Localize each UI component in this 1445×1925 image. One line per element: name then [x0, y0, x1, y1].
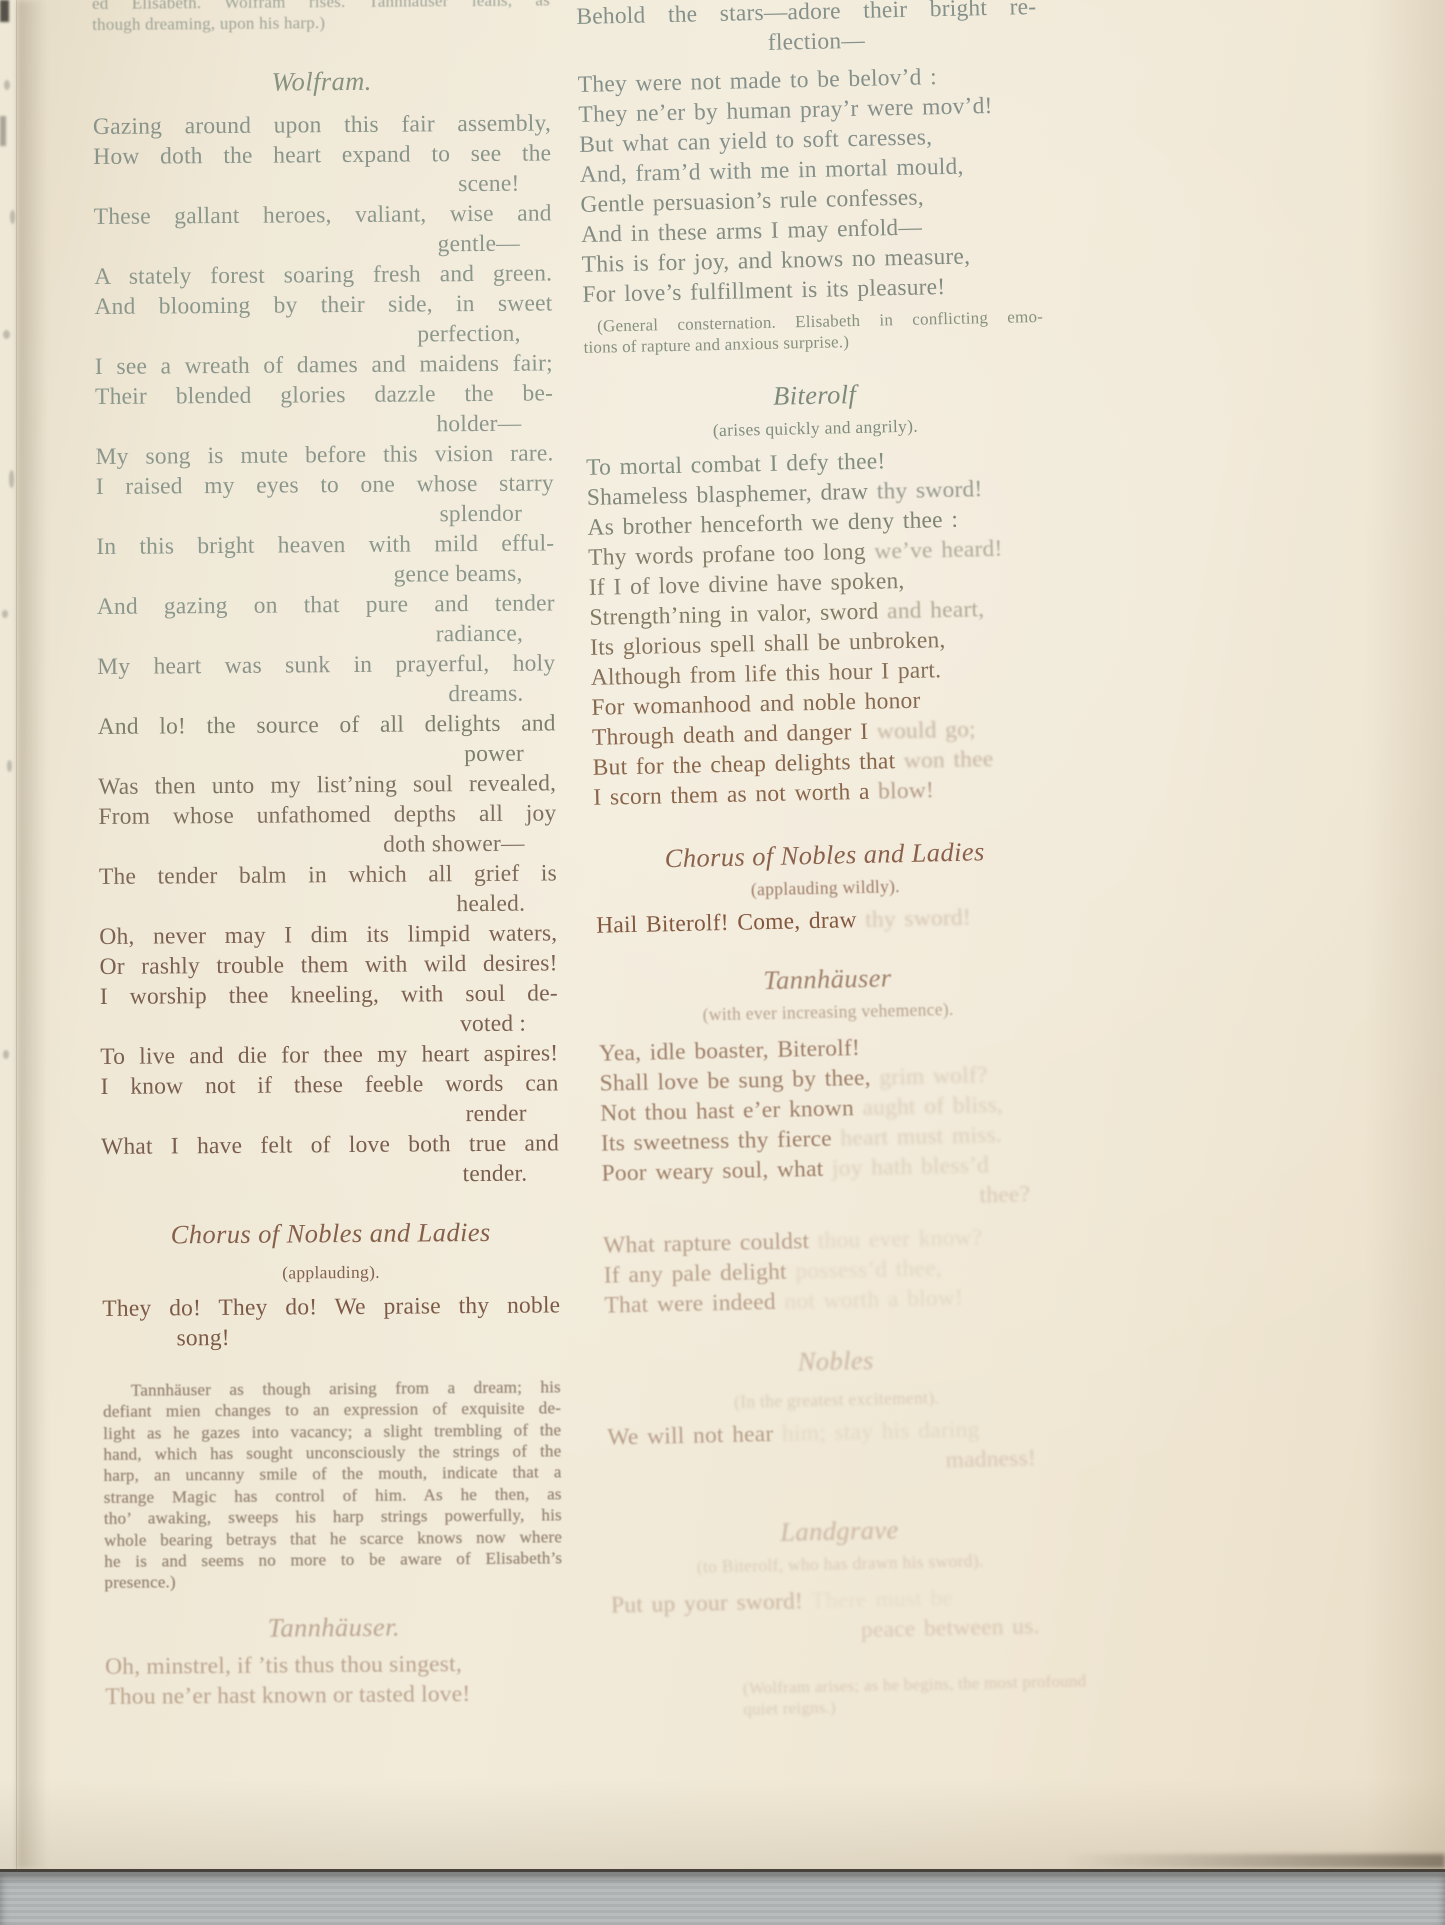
book-page: ed Elisabeth. Wolfram rises. Tannhäuser …: [0, 0, 1445, 1872]
verse-line: In this bright heaven with mild efful-: [96, 528, 554, 562]
print-showthrough-speck: [2, 610, 8, 618]
previous-page-edge: [0, 0, 17, 1869]
speaker-heading: Nobles: [605, 1338, 1066, 1382]
verse-line: gentle—: [94, 228, 552, 262]
gutter-crease-shadow: [17, 0, 47, 1869]
faded-ink-text: we’ve heard!: [874, 536, 1003, 565]
speaker-heading: Biterolf: [584, 373, 1045, 417]
print-showthrough-speck: [3, 330, 10, 339]
verse-line: doth shower—: [99, 828, 557, 862]
faded-ink-text: blow!: [878, 777, 934, 804]
verse-line: scene!: [93, 168, 551, 202]
stage-direction-paragraph: Tannhäuser as though arising from a drea…: [103, 1376, 563, 1593]
stage-direction: (applauding).: [102, 1258, 560, 1286]
table-surface: [0, 1872, 1445, 1925]
verse-line: dreams.: [97, 678, 555, 712]
stage-direction: (In the greatest excitement).: [606, 1382, 1066, 1416]
verse-line: holder—: [95, 408, 553, 442]
verse-line: gence beams,: [96, 558, 554, 592]
print-showthrough-speck: [7, 760, 12, 772]
faded-ink-text: and heart,: [887, 596, 985, 624]
verse-block: Put up your sword! There must bepeace be…: [611, 1580, 1072, 1650]
faded-ink-text: There must be: [811, 1585, 954, 1614]
verse-line: Oh, minstrel, if ’tis thus thou singest,: [105, 1648, 563, 1682]
verse-line: power: [98, 738, 556, 772]
verse-line: I see a wreath of dames and maidens fair…: [95, 348, 553, 382]
verse-block: We will not hear him; stay his daringmad…: [607, 1412, 1068, 1482]
verse-block: They do! They do! We praise thy nobleson…: [102, 1290, 560, 1354]
verse-line: My heart was sunk in prayerful, holy: [97, 648, 555, 682]
verse-line: voted :: [100, 1008, 558, 1042]
verse-line: They do! They do! We praise thy noble: [102, 1290, 560, 1324]
verse-line: To live and die for thee my heart aspire…: [100, 1038, 558, 1072]
faded-ink-text: thy sword!: [865, 904, 971, 932]
stage-direction-paragraph: ed Elisabeth. Wolfram rises. Tannhäuser …: [92, 0, 550, 36]
print-showthrough-speck: [4, 80, 10, 90]
verse-line: And lo! the source of all delights and: [98, 708, 556, 742]
page-corner-shadow: [1065, 1854, 1445, 1868]
verse-line: healed.: [99, 888, 557, 922]
print-showthrough-speck: [9, 470, 14, 488]
verse-line: I know not if these feeble words can: [100, 1068, 558, 1102]
verse-line: Their blended glories dazzle the be-: [95, 378, 553, 412]
verse-line: perfection,: [95, 318, 553, 352]
stage-direction: (arises quickly and angrily).: [585, 411, 1045, 445]
stage-direction: (to Biterolf, who has drawn his sword).: [610, 1546, 1070, 1580]
verse-block: Gazing around upon this fair assembly,Ho…: [93, 108, 559, 1192]
faded-ink-text: aught of bliss,: [862, 1092, 1003, 1121]
speaker-heading: Wolfram.: [93, 62, 551, 100]
speaker-heading: Landgrave: [609, 1508, 1070, 1552]
verse-line: Gazing around upon this fair assembly,: [93, 108, 551, 142]
faded-ink-text: thy sword!: [876, 476, 982, 504]
faded-ink-text: grim wolf?: [879, 1062, 988, 1090]
page-edge-mark: [0, 0, 9, 22]
verse-line: splendor: [96, 498, 554, 532]
stage-direction: (with ever increasing vehemence).: [598, 995, 1058, 1029]
verse-line: My song is mute before this vision rare.: [95, 438, 553, 472]
faded-ink-text: thou ever know?: [817, 1224, 982, 1254]
faded-ink-text: would go;: [877, 716, 977, 744]
speaker-heading: Tannhäuser: [597, 957, 1058, 1001]
verse-line: render: [101, 1098, 559, 1132]
verse-line: These gallant heroes, valiant, wise and: [94, 198, 552, 232]
verse-line: Oh, never may I dim its limpid waters,: [99, 918, 557, 952]
verse-line: How doth the heart expand to see the: [93, 138, 551, 172]
faded-ink-text: possess’d thee,: [795, 1255, 942, 1284]
direction-line: presence.): [104, 1569, 562, 1594]
verse-block: To mortal combat I defy thee!Shameless b…: [586, 443, 1054, 813]
verse-block: What rapture couldst thou ever know?If a…: [603, 1220, 1065, 1320]
verse-line: The tender balm in which all grief is: [99, 858, 557, 892]
faded-ink-text: joy hath bless’d: [832, 1152, 990, 1181]
verse-line: Was then unto my list’ning soul revealed…: [98, 768, 556, 802]
verse-block: Oh, minstrel, if ’tis thus thou singest,…: [105, 1648, 563, 1712]
verse-line: A stately forest soaring fresh and green…: [94, 258, 552, 292]
verse-block: Behold the stars—adore their bright re-f…: [576, 0, 1037, 62]
verse-block: They were not made to be belov’d :They n…: [578, 60, 1043, 310]
verse-line: radiance,: [97, 618, 555, 652]
verse-line: Or rashly trouble them with wild desires…: [99, 948, 557, 982]
verse-line: song!: [102, 1320, 560, 1354]
verse-line: From whose unfathomed depths all joy: [98, 798, 556, 832]
stage-direction-paragraph: (Wolfram arises; as he begins, the most …: [613, 1670, 1074, 1723]
verse-line: Thou ne’er hast known or tasted love!: [105, 1678, 563, 1712]
faded-ink-text: heart must miss.: [840, 1122, 1002, 1152]
verse-line: I worship thee kneeling, with soul de-: [100, 978, 558, 1012]
verse-line: Hail Biterolf! Come, draw thy sword!: [596, 901, 1057, 941]
print-showthrough-speck: [10, 210, 15, 224]
direction-line: though dreaming, upon his harp.): [92, 11, 550, 36]
verse-line: And gazing on that pure and tender: [97, 588, 555, 622]
print-showthrough-speck: [3, 1050, 9, 1059]
verse-line: And blooming by their side, in sweet: [94, 288, 552, 322]
page-edge-mark: [0, 116, 6, 146]
right-text-column: Behold the stars—adore their bright re-f…: [576, 0, 1073, 1723]
stage-direction-paragraph: (General consternation. Elisabeth in con…: [583, 306, 1044, 359]
page-right-shading: [1365, 0, 1445, 1869]
verse-line: What I have felt of love both true and: [101, 1128, 559, 1162]
faded-ink-text: him; stay his daring: [782, 1416, 980, 1446]
faded-ink-text: not worth a blow!: [784, 1285, 963, 1315]
verse-block: Yea, idle boaster, Biterolf!Shall love b…: [599, 1028, 1063, 1218]
speaker-heading: Chorus of Nobles and Ladies: [594, 833, 1055, 877]
stage-direction: (applauding wildly).: [595, 871, 1055, 905]
verse-line: I raised my eyes to one whose starry: [96, 468, 554, 502]
speaker-heading: Chorus of Nobles and Ladies: [102, 1214, 560, 1252]
speaker-heading: Tannhäuser.: [105, 1608, 563, 1646]
faded-ink-text: won thee: [904, 746, 994, 774]
left-text-column: ed Elisabeth. Wolfram rises. Tannhäuser …: [92, 0, 563, 1712]
verse-block: Hail Biterolf! Come, draw thy sword!: [596, 901, 1057, 941]
verse-line: tender.: [101, 1158, 559, 1192]
